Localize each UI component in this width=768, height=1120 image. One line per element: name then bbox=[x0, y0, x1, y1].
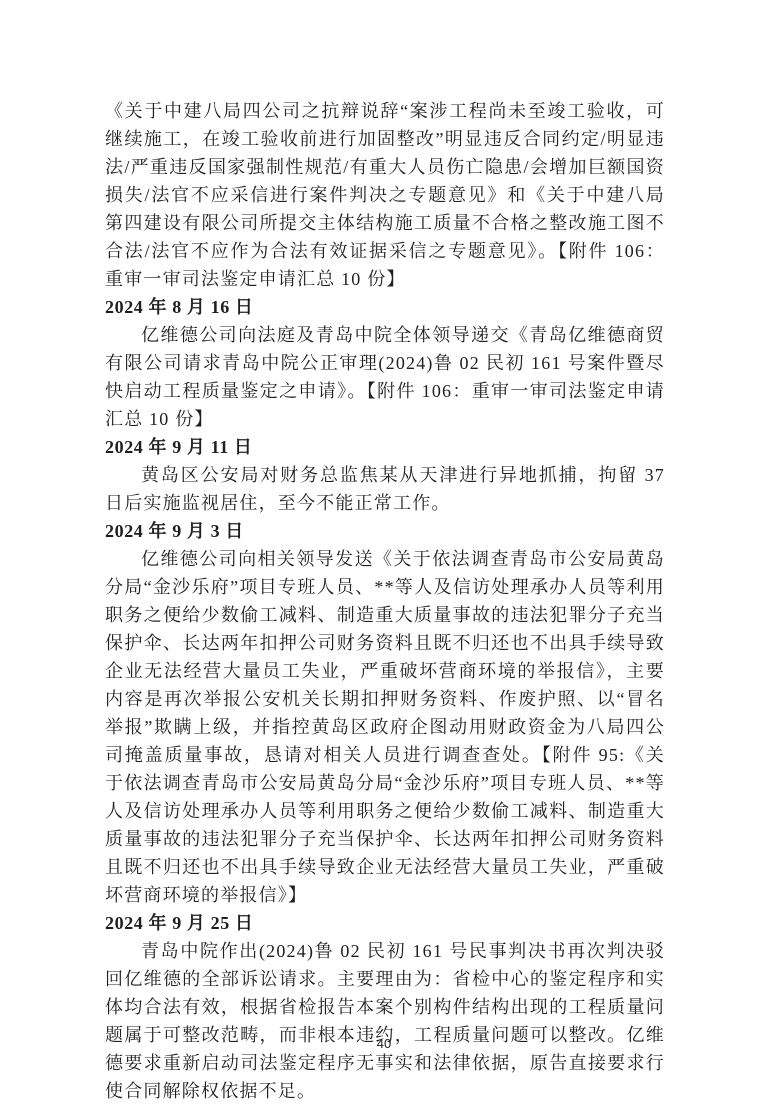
document-body: 《关于中建八局四公司之抗辩说辞“案涉工程尚未至竣工验收，可继续施工，在竣工验收前… bbox=[105, 97, 665, 1105]
body-paragraph: 黄岛区公安局对财务总监焦某从天津进行异地抓捕，拘留 37 日后实施监视居住，至今… bbox=[105, 461, 665, 517]
date-heading: 2024 年 8 月 16 日 bbox=[105, 293, 665, 321]
body-paragraph: 亿维德公司向相关领导发送《关于依法调查青岛市公安局黄岛分局“金沙乐府”项目专班人… bbox=[105, 545, 665, 909]
page-number: 40 bbox=[0, 1036, 768, 1051]
body-paragraph: 《关于中建八局四公司之抗辩说辞“案涉工程尚未至竣工验收，可继续施工，在竣工验收前… bbox=[105, 97, 665, 293]
date-heading: 2024 年 9 月 25 日 bbox=[105, 909, 665, 937]
date-heading: 2024 年 9 月 3 日 bbox=[105, 517, 665, 545]
body-paragraph: 亿维德公司向法庭及青岛中院全体领导递交《青岛亿维德商贸有限公司请求青岛中院公正审… bbox=[105, 321, 665, 433]
body-paragraph: 青岛中院作出(2024)鲁 02 民初 161 号民事判决书再次判决驳回亿维德的… bbox=[105, 937, 665, 1105]
date-heading: 2024 年 9 月 11 日 bbox=[105, 433, 665, 461]
document-page: 《关于中建八局四公司之抗辩说辞“案涉工程尚未至竣工验收，可继续施工，在竣工验收前… bbox=[0, 0, 768, 1120]
